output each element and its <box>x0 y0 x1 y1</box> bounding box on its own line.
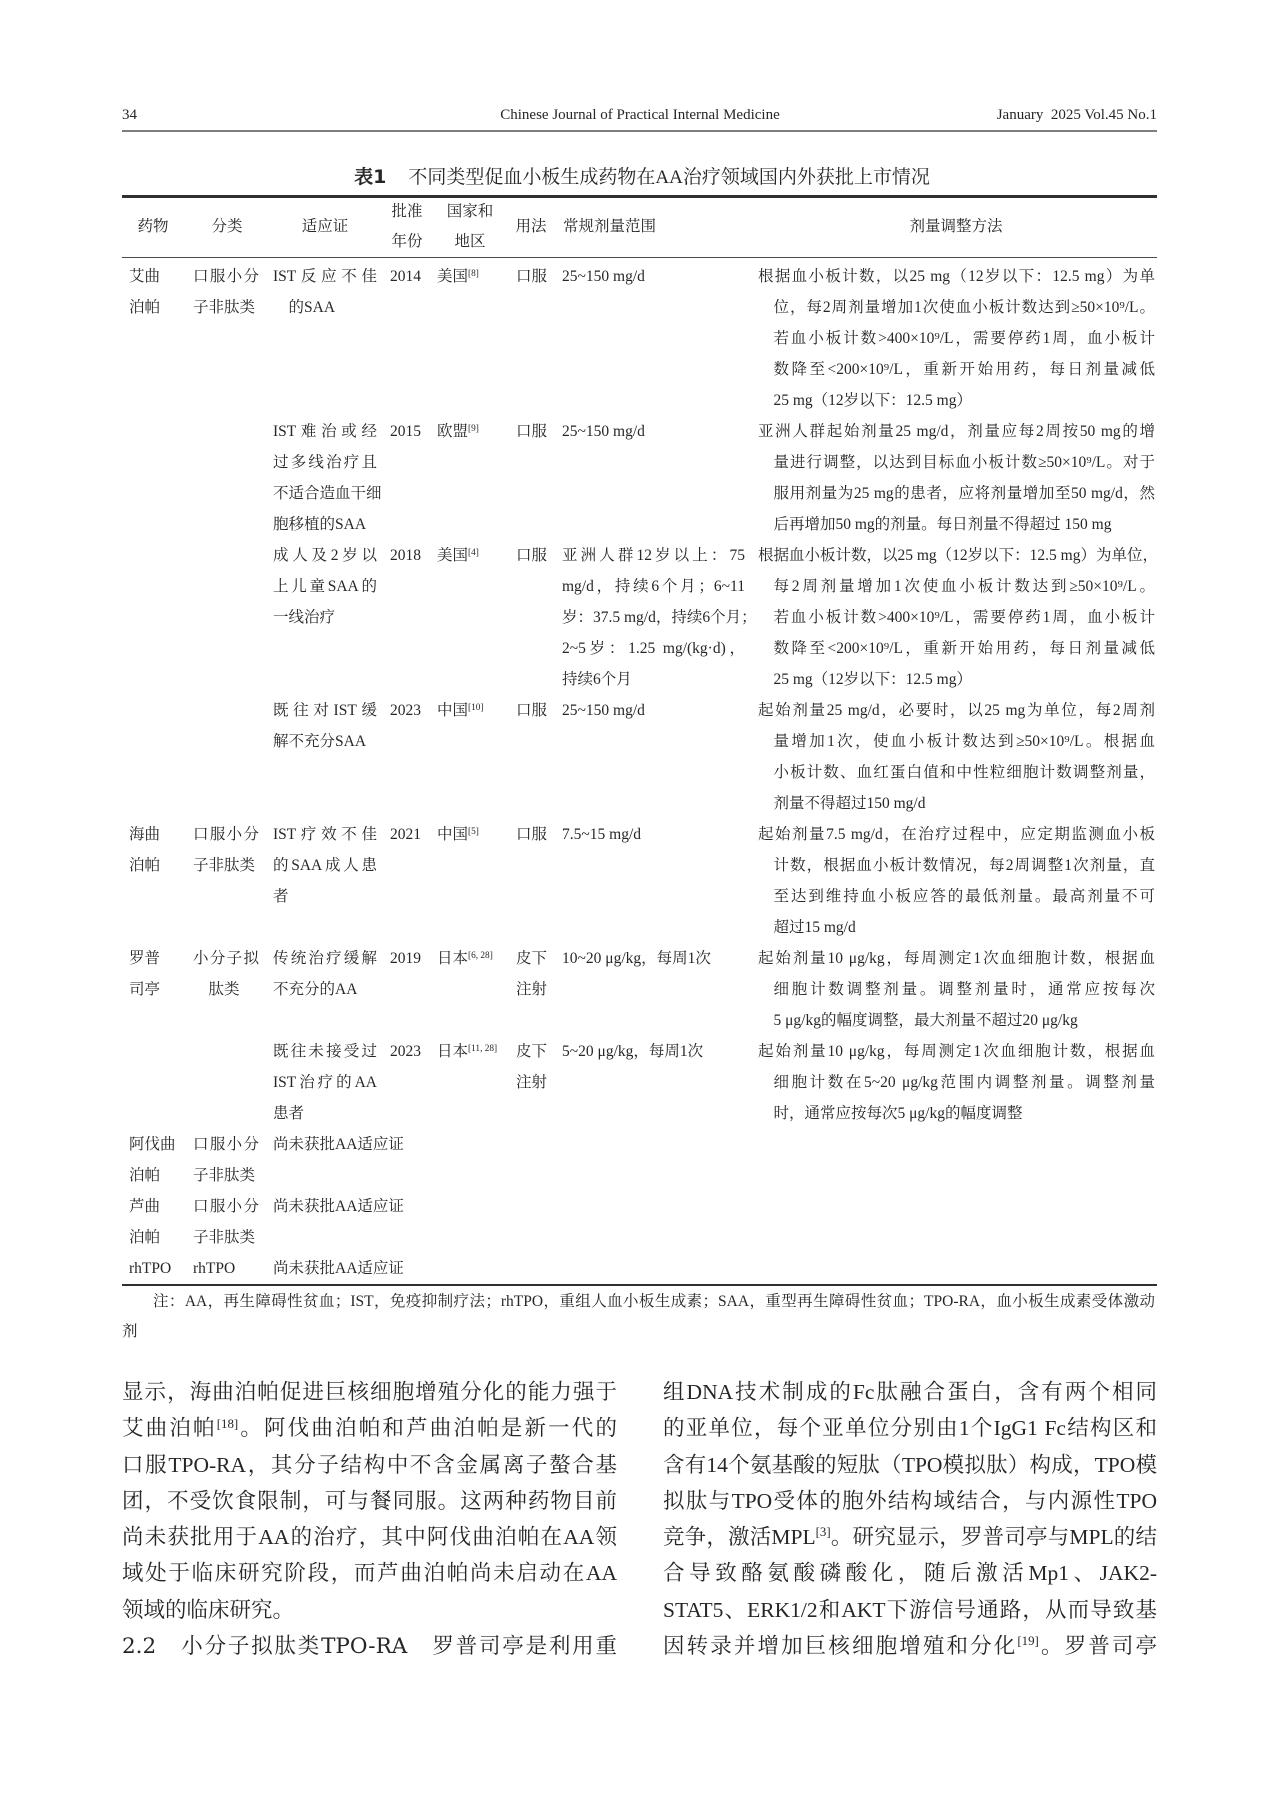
cell-line: 量进行调整，以达到目标血小板计数≥50×10⁹/L。对于 <box>758 447 1155 478</box>
cell-line: 子非肽类 <box>193 292 259 323</box>
cell-line: 后再增加50 mg的剂量。每日剂量不得超过 150 mg <box>758 509 1155 540</box>
text-line: 竞争，激活MPL[3]。研究显示，罗普司亭与MPL的结 <box>663 1519 1157 1555</box>
header-label: 年份 <box>391 227 422 257</box>
note-line: 剂 <box>122 1317 1155 1347</box>
text-run: 中国 <box>437 702 468 719</box>
table-cell-region: 欧盟[9] <box>437 416 515 447</box>
table-cell-adjustment: 根据血小板计数，以25 mg（12岁以下：12.5 mg）为单位，每2周剂量增加… <box>758 540 1155 695</box>
table-cell-year: 2023 <box>390 1036 432 1067</box>
cell-line: 若血小板计数>400×10⁹/L，需要停药1周，血小板计 <box>758 323 1155 354</box>
table-cell-drug: rhTPO <box>129 1253 163 1284</box>
text-line: 因转录并增加巨核细胞增殖和分化[19]。罗普司亭 <box>663 1628 1157 1664</box>
issue-info: January 2025 Vol.45 No.1 <box>997 105 1157 125</box>
cell-line: 不适合造血干细 <box>273 478 377 509</box>
table-cell-region: 美国[4] <box>437 540 515 571</box>
cell-line: 根据血小板计数，以25 mg（12岁以下：12.5 mg）为单位， <box>758 540 1155 571</box>
table-cell-adjustment: 亚洲人群起始剂量25 mg/d，剂量应每2周按50 mg的增量进行调整，以达到目… <box>758 416 1155 540</box>
cell-line: 口服小分 <box>193 1129 259 1160</box>
citation-superscript: [3] <box>816 1525 831 1539</box>
table-cell-indication: 成人及2岁以上儿童SAA的一线治疗 <box>273 540 377 633</box>
cell-line: 既往未接受过 <box>273 1036 377 1067</box>
table-row: 罗普司亭小分子拟肽类传统治疗缓解不充分的AA2019日本[6, 28]皮下注射1… <box>122 943 1157 1036</box>
cell-line: 中国[10] <box>437 695 515 726</box>
cell-line: 子非肽类 <box>193 1160 259 1191</box>
cell-line: 剂量不得超过150 mg/d <box>758 788 1155 819</box>
cell-line: 口服 <box>516 540 556 571</box>
cell-line: 肽类 <box>193 974 259 1005</box>
text-line: 尚未获批用于AA的治疗，其中阿伐曲泊帕在AA领 <box>122 1519 617 1555</box>
table-cell-drug: 罗普司亭 <box>129 943 163 1005</box>
table-caption: 表1不同类型促血小板生成药物在AA治疗领域国内外获批上市情况 <box>0 164 1280 191</box>
table-cell-dose-range: 5~20 μg/kg，每周1次 <box>562 1036 745 1067</box>
table-cell-indication: 尚未获批AA适应证 <box>273 1191 377 1222</box>
cell-line: 的SAA <box>273 292 377 323</box>
header-dose-range: 常规剂量范围 <box>563 198 713 257</box>
header-category: 分类 <box>192 198 262 257</box>
cell-line: 欧盟[9] <box>437 416 515 447</box>
table-cell-drug: 芦曲泊帕 <box>129 1191 163 1253</box>
table-row: IST难治或经过多线治疗且不适合造血干细胞移植的SAA2015欧盟[9]口服25… <box>122 416 1157 540</box>
cell-line: 5~20 μg/kg，每周1次 <box>562 1036 745 1067</box>
cell-line: 2~5岁：1.25 mg/(kg·d)， <box>562 633 745 664</box>
cell-line: 数降至<200×10⁹/L，重新开始用药，每日剂量减低 <box>758 354 1155 385</box>
table-cell-year: 2019 <box>390 943 432 974</box>
cell-line: 泊帕 <box>129 292 163 323</box>
cell-line: 成人及2岁以 <box>273 540 377 571</box>
cell-line: 日本[6, 28] <box>437 943 515 974</box>
table-cell-dose-range: 25~150 mg/d <box>562 416 745 447</box>
text-line: 合导致酪氨酸磷酸化，随后激活Mp1、JAK2- <box>663 1555 1157 1591</box>
table-cell-indication: IST疗效不佳的SAA成人患者 <box>273 819 377 912</box>
citation-superscript: [6, 28] <box>468 951 493 961</box>
cell-line: 注射 <box>516 974 556 1005</box>
citation-superscript: [10] <box>468 703 484 713</box>
text-run: 罗普司亭是利用重 <box>407 1634 617 1658</box>
cell-line: 服用剂量为25 mg的患者，应将剂量增加至50 mg/d，然 <box>758 478 1155 509</box>
cell-line: 细胞计数调整剂量。调整剂量时，通常应按每次 <box>758 974 1155 1005</box>
cell-line: IST难治或经 <box>273 416 377 447</box>
cell-line: 10~20 μg/kg，每周1次 <box>562 943 745 974</box>
cell-line: 5 μg/kg的幅度调整，最大剂量不超过20 μg/kg <box>758 1005 1155 1036</box>
cell-line: 25~150 mg/d <box>562 416 745 447</box>
section-heading: 2.2 小分子拟肽类TPO-RA <box>122 1634 407 1659</box>
cell-line: 解不充分SAA <box>273 726 377 757</box>
table-row: rhTPOrhTPO尚未获批AA适应证 <box>122 1253 1157 1284</box>
text-line: STAT5、ERK1/2和AKT下游信号通路，从而导致基 <box>663 1592 1157 1628</box>
header-label: 适应证 <box>302 212 349 242</box>
cell-line: 传统治疗缓解 <box>273 943 377 974</box>
table-cell-route: 皮下注射 <box>516 1036 556 1098</box>
header-label: 剂量调整方法 <box>909 212 1002 242</box>
table-cell-year: 2015 <box>390 416 432 447</box>
text-line: 团，不受饮食限制，可与餐同服。这两种药物目前 <box>122 1483 617 1519</box>
table-cell-indication: 传统治疗缓解不充分的AA <box>273 943 377 1005</box>
table-title: 不同类型促血小板生成药物在AA治疗领域国内外获批上市情况 <box>408 167 929 188</box>
table-body: 艾曲泊帕口服小分子非肽类IST反应不佳的SAA2014美国[8]口服25~150… <box>122 258 1157 1285</box>
table-row: 成人及2岁以上儿童SAA的一线治疗2018美国[4]口服亚洲人群12岁以上：75… <box>122 540 1157 695</box>
text-line: 组DNA技术制成的Fc肽融合蛋白，含有两个相同 <box>663 1374 1157 1410</box>
cell-line: 罗普 <box>129 943 163 974</box>
header-label: 分类 <box>211 212 242 242</box>
table-cell-adjustment: 根据血小板计数，以25 mg（12岁以下：12.5 mg）为单位，每2周剂量增加… <box>758 261 1155 416</box>
body-column-left: 显示，海曲泊帕促进巨核细胞增殖分化的能力强于艾曲泊帕[18]。阿伐曲泊帕和芦曲泊… <box>122 1374 617 1664</box>
text-run: 。罗普司亭 <box>1039 1634 1157 1658</box>
paragraph: 组DNA技术制成的Fc肽融合蛋白，含有两个相同的亚单位，每个亚单位分别由1个Ig… <box>663 1374 1157 1664</box>
text-line: 领域的临床研究。 <box>122 1592 617 1628</box>
header-route: 用法 <box>511 198 551 257</box>
table-cell-adjustment: 起始剂量10 μg/kg，每周测定1次血细胞计数，根据血细胞计数调整剂量。调整剂… <box>758 943 1155 1036</box>
cell-line: 25~150 mg/d <box>562 695 745 726</box>
table-cell-dose-range: 7.5~15 mg/d <box>562 819 745 850</box>
cell-line: 司亭 <box>129 974 163 1005</box>
cell-line: 泊帕 <box>129 1160 163 1191</box>
citation-superscript: [8] <box>468 269 479 279</box>
table-cell-region: 中国[5] <box>437 819 515 850</box>
table-row: 海曲泊帕口服小分子非肽类IST疗效不佳的SAA成人患者2021中国[5]口服7.… <box>122 819 1157 943</box>
cell-line: 泊帕 <box>129 850 163 881</box>
cell-line: 亚洲人群12岁以上：75 <box>562 540 745 571</box>
cell-line: 起始剂量10 μg/kg，每周测定1次血细胞计数，根据血 <box>758 1036 1155 1067</box>
cell-line: 每2周剂量增加1次使血小板计数达到≥50×10⁹/L。 <box>758 571 1155 602</box>
cell-line: 岁：37.5 mg/d，持续6个月； <box>562 602 745 633</box>
text-line: 域处于临床研究阶段，而芦曲泊帕尚未启动在AA <box>122 1555 617 1591</box>
table-row: 既往未接受过IST治疗的AA患者2023日本[11, 28]皮下注射5~20 μ… <box>122 1036 1157 1129</box>
table-row: 阿伐曲泊帕口服小分子非肽类尚未获批AA适应证 <box>122 1129 1157 1191</box>
table-cell-dose-range: 亚洲人群12岁以上：75mg/d，持续6个月；6~11岁：37.5 mg/d，持… <box>562 540 745 695</box>
header-label: 常规剂量范围 <box>563 212 656 242</box>
cell-line: 的SAA成人患 <box>273 850 377 881</box>
cell-line: IST疗效不佳 <box>273 819 377 850</box>
table-cell-region: 日本[6, 28] <box>437 943 515 974</box>
text-line: 口服TPO-RA，其分子结构中不含金属离子螯合基 <box>122 1447 617 1483</box>
table-row: 艾曲泊帕口服小分子非肽类IST反应不佳的SAA2014美国[8]口服25~150… <box>122 261 1157 416</box>
table-cell-adjustment: 起始剂量7.5 mg/d，在治疗过程中，应定期监测血小板计数，根据血小板计数情况… <box>758 819 1155 943</box>
cell-line: 2019 <box>390 943 432 974</box>
table-cell-route: 口服 <box>516 819 556 850</box>
cell-line: 子非肽类 <box>193 1222 259 1253</box>
table-cell-category: 口服小分子非肽类 <box>193 819 259 881</box>
table-cell-region: 日本[11, 28] <box>437 1036 515 1067</box>
text-run: 因转录并增加巨核细胞增殖和分化 <box>663 1634 1017 1658</box>
table-cell-indication: IST反应不佳的SAA <box>273 261 377 323</box>
table-cell-dose-range: 25~150 mg/d <box>562 261 745 292</box>
cell-line: 25~150 mg/d <box>562 261 745 292</box>
text-run: 艾曲泊帕 <box>122 1416 217 1440</box>
text-run: 日本 <box>437 950 468 967</box>
cell-line: 口服小分 <box>193 1191 259 1222</box>
cell-line: 注射 <box>516 1067 556 1098</box>
cell-line: 泊帕 <box>129 1222 163 1253</box>
table-cell-drug: 艾曲泊帕 <box>129 261 163 323</box>
cell-line: 中国[5] <box>437 819 515 850</box>
header-label: 国家和 <box>447 197 494 227</box>
cell-line: 细胞计数在5~20 μg/kg范围内调整剂量。调整剂量 <box>758 1067 1155 1098</box>
table-cell-drug: 阿伐曲泊帕 <box>129 1129 163 1191</box>
table-cell-adjustment: 起始剂量25 mg/d，必要时，以25 mg为单位，每2周剂量增加1次，使血小板… <box>758 695 1155 819</box>
cell-line: 艾曲 <box>129 261 163 292</box>
table-cell-dose-range: 10~20 μg/kg，每周1次 <box>562 943 745 974</box>
table-row: 既往对IST缓解不充分SAA2023中国[10]口服25~150 mg/d起始剂… <box>122 695 1157 819</box>
text-run: 中国 <box>437 826 468 843</box>
cell-line: 量增加1次，使血小板计数达到≥50×10⁹/L。根据血 <box>758 726 1155 757</box>
cell-line: 不充分的AA <box>273 974 377 1005</box>
table-cell-region: 美国[8] <box>437 261 515 292</box>
cell-line: 口服 <box>516 416 556 447</box>
text-line: 的亚单位，每个亚单位分别由1个IgG1 Fc结构区和 <box>663 1410 1157 1446</box>
cell-line: 数降至<200×10⁹/L，重新开始用药，每日剂量减低 <box>758 633 1155 664</box>
table-cell-indication: 尚未获批AA适应证 <box>273 1129 377 1160</box>
table-cell-year: 2023 <box>390 695 432 726</box>
table-cell-category: 口服小分子非肽类 <box>193 261 259 323</box>
citation-superscript: [19] <box>1017 1634 1038 1648</box>
text-run: 竞争，激活MPL <box>663 1525 816 1549</box>
header-indication: 适应证 <box>280 198 370 257</box>
cell-line: 持续6个月 <box>562 664 745 695</box>
header-label: 药物 <box>137 212 168 242</box>
text-run: 。研究显示，罗普司亭与MPL的结 <box>831 1525 1157 1549</box>
table-cell-route: 口服 <box>516 540 556 571</box>
table-cell-indication: IST难治或经过多线治疗且不适合造血干细胞移植的SAA <box>273 416 377 540</box>
cell-line: 海曲 <box>129 819 163 850</box>
cell-line: 2021 <box>390 819 432 850</box>
cell-line: IST治疗的AA <box>273 1067 377 1098</box>
data-table: 药物 分类 适应证 批准 年份 国家和 地区 用法 常规剂量范围 <box>122 195 1157 1286</box>
text-run: 日本 <box>437 1043 468 1060</box>
header-label: 地区 <box>454 227 485 257</box>
table-note: 注：AA，再生障碍性贫血；IST，免疫抑制疗法；rhTPO，重组人血小板生成素；… <box>122 1287 1155 1347</box>
cell-line: 起始剂量25 mg/d，必要时，以25 mg为单位，每2周剂 <box>758 695 1155 726</box>
header-drug: 药物 <box>122 198 184 257</box>
body-column-right: 组DNA技术制成的Fc肽融合蛋白，含有两个相同的亚单位，每个亚单位分别由1个Ig… <box>663 1374 1157 1664</box>
note-line: 注：AA，再生障碍性贫血；IST，免疫抑制疗法；rhTPO，重组人血小板生成素；… <box>122 1287 1155 1317</box>
table-cell-route: 皮下注射 <box>516 943 556 1005</box>
table-cell-region: 中国[10] <box>437 695 515 726</box>
cell-line: 25 mg（12岁以下：12.5 mg） <box>758 664 1155 695</box>
cell-line: 口服 <box>516 819 556 850</box>
citation-superscript: [4] <box>468 548 479 558</box>
cell-line: 2018 <box>390 540 432 571</box>
table-cell-route: 口服 <box>516 416 556 447</box>
cell-line: IST反应不佳 <box>273 261 377 292</box>
text-run: 欧盟 <box>437 423 468 440</box>
cell-line: 时，通常应按每次5 μg/kg的幅度调整 <box>758 1098 1155 1129</box>
table-cell-indication: 尚未获批AA适应证 <box>273 1253 377 1284</box>
cell-line: 亚洲人群起始剂量25 mg/d，剂量应每2周按50 mg的增 <box>758 416 1155 447</box>
table-cell-dose-range: 25~150 mg/d <box>562 695 745 726</box>
header-rule <box>122 130 1157 132</box>
cell-line: rhTPO <box>129 1253 163 1284</box>
table-cell-indication: 既往对IST缓解不充分SAA <box>273 695 377 757</box>
cell-line: 小分子拟 <box>193 943 259 974</box>
citation-superscript: [11, 28] <box>468 1044 497 1054</box>
cell-line: rhTPO <box>193 1253 259 1284</box>
cell-line: 既往对IST缓 <box>273 695 377 726</box>
cell-line: 者 <box>273 881 377 912</box>
cell-line: 患者 <box>273 1098 377 1129</box>
cell-line: 上儿童SAA的 <box>273 571 377 602</box>
header-dose-adjustment: 剂量调整方法 <box>856 198 1056 257</box>
table-cell-year: 2014 <box>390 261 432 292</box>
table-cell-category: rhTPO <box>193 1253 259 1284</box>
cell-line: 口服小分 <box>193 819 259 850</box>
cell-line: 胞移植的SAA <box>273 509 377 540</box>
table-cell-year: 2021 <box>390 819 432 850</box>
table-cell-route: 口服 <box>516 695 556 726</box>
table-cell-route: 口服 <box>516 261 556 292</box>
cell-line: 过多线治疗且 <box>273 447 377 478</box>
header-label: 批准 <box>391 197 422 227</box>
text-run: 美国 <box>437 268 468 285</box>
cell-line: 位，每2周剂量增加1次使血小板计数达到≥50×10⁹/L。 <box>758 292 1155 323</box>
text-run: 。阿伐曲泊帕和芦曲泊帕是新一代的 <box>238 1416 617 1440</box>
cell-line: 芦曲 <box>129 1191 163 1222</box>
table-label: 表1 <box>354 166 386 188</box>
text-line: 显示，海曲泊帕促进巨核细胞增殖分化的能力强于 <box>122 1374 617 1410</box>
cell-line: 美国[8] <box>437 261 515 292</box>
cell-line: 子非肽类 <box>193 850 259 881</box>
text-line: 2.2 小分子拟肽类TPO-RA 罗普司亭是利用重 <box>122 1628 617 1664</box>
cell-line: 皮下 <box>516 1036 556 1067</box>
header-label: 用法 <box>515 212 546 242</box>
cell-line: 根据血小板计数，以25 mg（12岁以下：12.5 mg）为单 <box>758 261 1155 292</box>
paragraph: 2.2 小分子拟肽类TPO-RA 罗普司亭是利用重 <box>122 1628 617 1664</box>
citation-superscript: [9] <box>468 424 479 434</box>
table-cell-category: 小分子拟肽类 <box>193 943 259 1005</box>
cell-line: 一线治疗 <box>273 602 377 633</box>
citation-superscript: [5] <box>468 827 479 837</box>
text-line: 拟肽与TPO受体的胞外结构域结合，与内源性TPO <box>663 1483 1157 1519</box>
table-cell-category: 口服小分子非肽类 <box>193 1129 259 1191</box>
header-region: 国家和 地区 <box>440 198 500 257</box>
cell-line: 超过15 mg/d <box>758 912 1155 943</box>
cell-line: 起始剂量10 μg/kg，每周测定1次血细胞计数，根据血 <box>758 943 1155 974</box>
cell-line: 皮下 <box>516 943 556 974</box>
table-cell-adjustment: 起始剂量10 μg/kg，每周测定1次血细胞计数，根据血细胞计数在5~20 μg… <box>758 1036 1155 1129</box>
table-cell-category: 口服小分子非肽类 <box>193 1191 259 1253</box>
text-run: 美国 <box>437 547 468 564</box>
cell-line: 至达到维持血小板应答的最低剂量。最高剂量不可 <box>758 881 1155 912</box>
table-cell-drug: 海曲泊帕 <box>129 819 163 881</box>
text-line: 艾曲泊帕[18]。阿伐曲泊帕和芦曲泊帕是新一代的 <box>122 1410 617 1446</box>
text-line: 含有14个氨基酸的短肽（TPO模拟肽）构成，TPO模 <box>663 1447 1157 1483</box>
cell-line: 2014 <box>390 261 432 292</box>
cell-line: 若血小板计数>400×10⁹/L，需要停药1周，血小板计 <box>758 602 1155 633</box>
cell-line: 2015 <box>390 416 432 447</box>
cell-line: 尚未获批AA适应证 <box>273 1191 377 1222</box>
cell-line: 起始剂量7.5 mg/d，在治疗过程中，应定期监测血小板 <box>758 819 1155 850</box>
cell-line: 阿伐曲 <box>129 1129 163 1160</box>
table-cell-year: 2018 <box>390 540 432 571</box>
cell-line: 2023 <box>390 695 432 726</box>
table-cell-indication: 既往未接受过IST治疗的AA患者 <box>273 1036 377 1129</box>
cell-line: 口服小分 <box>193 261 259 292</box>
cell-line: 计数，根据血小板计数情况，每2周调整1次剂量，直 <box>758 850 1155 881</box>
document-page: 34 Chinese Journal of Practical Internal… <box>0 0 1280 1810</box>
cell-line: 25 mg（12岁以下：12.5 mg） <box>758 385 1155 416</box>
cell-line: 口服 <box>516 261 556 292</box>
cell-line: 7.5~15 mg/d <box>562 819 745 850</box>
cell-line: 2023 <box>390 1036 432 1067</box>
table-header: 药物 分类 适应证 批准 年份 国家和 地区 用法 常规剂量范围 <box>122 198 1157 257</box>
cell-line: mg/d，持续6个月；6~11 <box>562 571 745 602</box>
cell-line: 口服 <box>516 695 556 726</box>
table-row: 芦曲泊帕口服小分子非肽类尚未获批AA适应证 <box>122 1191 1157 1253</box>
cell-line: 美国[4] <box>437 540 515 571</box>
cell-line: 尚未获批AA适应证 <box>273 1253 377 1284</box>
cell-line: 尚未获批AA适应证 <box>273 1129 377 1160</box>
header-approval-year: 批准 年份 <box>385 198 429 257</box>
cell-line: 日本[11, 28] <box>437 1036 515 1067</box>
cell-line: 小板计数、血红蛋白值和中性粒细胞计数调整剂量， <box>758 757 1155 788</box>
citation-superscript: [18] <box>217 1417 238 1431</box>
paragraph: 显示，海曲泊帕促进巨核细胞增殖分化的能力强于艾曲泊帕[18]。阿伐曲泊帕和芦曲泊… <box>122 1374 617 1628</box>
